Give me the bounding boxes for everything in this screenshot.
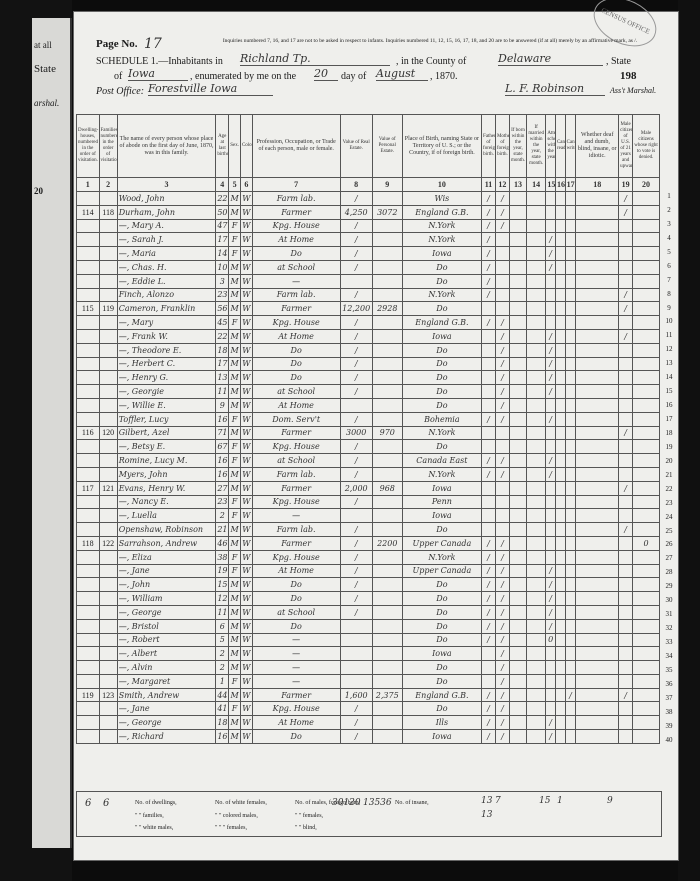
born-in-year	[509, 385, 526, 399]
age: 71	[216, 426, 229, 440]
family-number	[99, 523, 117, 537]
person-name: —, Albert	[117, 647, 216, 661]
family-number	[99, 716, 117, 730]
deaf-blind-insane	[576, 467, 619, 481]
male-citizen-21	[619, 578, 633, 592]
family-number	[99, 674, 117, 688]
table-row: —, Robert5MW—Do//0	[77, 633, 660, 647]
real-estate-value: 12,200	[340, 302, 372, 316]
attended-school	[546, 688, 556, 702]
col-header-20: Male citizens whose right to vote is den…	[633, 115, 660, 178]
color: W	[240, 205, 252, 219]
mother-foreign: /	[495, 730, 509, 744]
place-of-birth: N.York	[402, 233, 481, 247]
color: W	[240, 730, 252, 744]
mother-foreign: /	[495, 316, 509, 330]
occupation: at School	[252, 605, 340, 619]
personal-estate-value	[372, 592, 402, 606]
family-number	[99, 385, 117, 399]
born-in-year	[509, 702, 526, 716]
cannot-read	[555, 605, 565, 619]
mother-foreign: /	[495, 661, 509, 675]
person-name: Durham, John	[117, 205, 216, 219]
attended-school	[546, 661, 556, 675]
father-foreign: /	[482, 260, 496, 274]
line-number: 21	[662, 469, 676, 483]
personal-estate-value	[372, 605, 402, 619]
state-label: , State	[606, 56, 631, 67]
dwelling-number	[77, 385, 100, 399]
male-citizen-21	[619, 716, 633, 730]
cannot-write	[565, 730, 576, 744]
person-name: —, Henry G.	[117, 371, 216, 385]
page-no-label: Page No.	[96, 38, 138, 50]
mother-foreign	[495, 247, 509, 261]
deaf-blind-insane	[576, 688, 619, 702]
cannot-read	[555, 357, 565, 371]
married-in-year	[527, 398, 546, 412]
label-females: " " females,	[295, 813, 323, 819]
married-in-year	[527, 192, 546, 206]
cannot-read	[555, 523, 565, 537]
deaf-blind-insane	[576, 578, 619, 592]
table-row: —, Albert2MW—Iowa/	[77, 647, 660, 661]
table-row: —, Herbert C.17MWDo/Do//	[77, 357, 660, 371]
table-row: —, Chas. H.10MWat School/Do//	[77, 260, 660, 274]
age: 13	[216, 371, 229, 385]
person-name: —, Richard	[117, 730, 216, 744]
family-number	[99, 647, 117, 661]
born-in-year	[509, 495, 526, 509]
line-number: 40	[662, 734, 676, 748]
occupation: Farmer	[252, 536, 340, 550]
occupation: Do	[252, 371, 340, 385]
column-number-row: 1 2 3 4 5 6 7 8 9 10 11 12 13 14 15 16 1…	[77, 178, 660, 192]
dwelling-number: 116	[77, 426, 100, 440]
label-families: " " families,	[135, 813, 164, 819]
occupation: Farmer	[252, 205, 340, 219]
mother-foreign: /	[495, 343, 509, 357]
vote-denied	[633, 605, 660, 619]
place-of-birth: Do	[402, 440, 481, 454]
dwelling-number	[77, 523, 100, 537]
male-citizen-21: /	[619, 288, 633, 302]
mother-foreign	[495, 233, 509, 247]
person-name: —, Sarah J.	[117, 233, 216, 247]
occupation: Farmer	[252, 302, 340, 316]
person-name: —, Theodore E.	[117, 343, 216, 357]
cannot-write	[565, 661, 576, 675]
sex: F	[229, 674, 241, 688]
family-number	[99, 605, 117, 619]
line-number: 38	[662, 706, 676, 720]
personal-estate-value	[372, 564, 402, 578]
born-in-year	[509, 688, 526, 702]
male-citizen-21	[619, 357, 633, 371]
father-foreign	[482, 523, 496, 537]
cannot-read	[555, 316, 565, 330]
cannot-write: /	[565, 688, 576, 702]
male-citizen-21	[619, 371, 633, 385]
age: 9	[216, 398, 229, 412]
person-name: —, William	[117, 592, 216, 606]
father-foreign	[482, 302, 496, 316]
age: 12	[216, 592, 229, 606]
col-header-5: Sex.	[229, 115, 241, 178]
dwelling-number	[77, 440, 100, 454]
age: 23	[216, 495, 229, 509]
personal-estate-value	[372, 274, 402, 288]
deaf-blind-insane	[576, 343, 619, 357]
color: W	[240, 426, 252, 440]
born-in-year	[509, 605, 526, 619]
attended-school	[546, 509, 556, 523]
table-row: —, Georgie11MWat School/Do//	[77, 385, 660, 399]
married-in-year	[527, 536, 546, 550]
vote-denied	[633, 329, 660, 343]
color: W	[240, 454, 252, 468]
person-name: Smith, Andrew	[117, 688, 216, 702]
family-number	[99, 578, 117, 592]
personal-estate-value	[372, 440, 402, 454]
line-number: 27	[662, 552, 676, 566]
born-in-year	[509, 426, 526, 440]
place-of-birth: Iowa	[402, 730, 481, 744]
family-number: 118	[99, 205, 117, 219]
place-of-birth: England G.B.	[402, 316, 481, 330]
family-number	[99, 440, 117, 454]
deaf-blind-insane	[576, 371, 619, 385]
family-number	[99, 219, 117, 233]
male-citizen-21	[619, 412, 633, 426]
col-header-7: Profession, Occupation, or Trade of each…	[252, 115, 340, 178]
cannot-read	[555, 730, 565, 744]
mother-foreign	[495, 523, 509, 537]
father-foreign: /	[482, 578, 496, 592]
color: W	[240, 274, 252, 288]
place-of-birth: Upper Canada	[402, 564, 481, 578]
person-name: —, Betsy E.	[117, 440, 216, 454]
male-citizen-21	[619, 550, 633, 564]
stamped-page-number: 198	[620, 70, 637, 82]
sex: M	[229, 260, 241, 274]
cannot-read	[555, 578, 565, 592]
line-number: 3	[662, 218, 676, 232]
father-foreign: /	[482, 192, 496, 206]
real-estate-value: /	[340, 192, 372, 206]
vote-denied	[633, 192, 660, 206]
family-number	[99, 592, 117, 606]
sex: M	[229, 302, 241, 316]
person-name: —, Bristol	[117, 619, 216, 633]
family-number	[99, 247, 117, 261]
col11-total-2: 13	[481, 810, 492, 820]
place-of-birth: Do	[402, 578, 481, 592]
table-row: —, Richard16MWDo/Iowa///	[77, 730, 660, 744]
cannot-write	[565, 619, 576, 633]
real-estate-value: /	[340, 716, 372, 730]
personal-estate-value	[372, 398, 402, 412]
real-estate-value: /	[340, 605, 372, 619]
line-number: 1	[662, 190, 676, 204]
married-in-year	[527, 247, 546, 261]
table-row: 117121Evans, Henry W.27MWFarmer2,000968I…	[77, 481, 660, 495]
dwelling-number	[77, 247, 100, 261]
cannot-read	[555, 219, 565, 233]
person-name: —, John	[117, 578, 216, 592]
occupation: at School	[252, 260, 340, 274]
born-in-year	[509, 564, 526, 578]
personal-estate-value	[372, 247, 402, 261]
attended-school: /	[546, 329, 556, 343]
age: 16	[216, 467, 229, 481]
cannot-write	[565, 536, 576, 550]
dwelling-number	[77, 592, 100, 606]
male-citizen-21	[619, 454, 633, 468]
line-number: 12	[662, 343, 676, 357]
county-field: Delaware	[498, 52, 603, 66]
person-name: —, Margaret	[117, 674, 216, 688]
born-in-year	[509, 302, 526, 316]
dwelling-number	[77, 730, 100, 744]
line-number: 10	[662, 315, 676, 329]
married-in-year	[527, 509, 546, 523]
dwelling-number	[77, 260, 100, 274]
cannot-read	[555, 536, 565, 550]
cannot-write	[565, 343, 576, 357]
married-in-year	[527, 605, 546, 619]
deaf-blind-insane	[576, 647, 619, 661]
attended-school: /	[546, 605, 556, 619]
occupation: Farm lab.	[252, 192, 340, 206]
family-number	[99, 661, 117, 675]
age: 19	[216, 564, 229, 578]
born-in-year	[509, 205, 526, 219]
father-foreign	[482, 329, 496, 343]
cannot-write	[565, 495, 576, 509]
cannot-write	[565, 233, 576, 247]
mother-foreign: /	[495, 633, 509, 647]
deaf-blind-insane	[576, 288, 619, 302]
table-row: —, Theodore E.18MWDo/Do//	[77, 343, 660, 357]
cannot-write	[565, 274, 576, 288]
occupation: Kpg. House	[252, 316, 340, 330]
mother-foreign: /	[495, 398, 509, 412]
cannot-write	[565, 426, 576, 440]
sex: F	[229, 316, 241, 330]
cannot-read	[555, 205, 565, 219]
occupation: Kpg. House	[252, 219, 340, 233]
male-citizen-21	[619, 605, 633, 619]
real-estate-value: /	[340, 730, 372, 744]
line-number: 29	[662, 580, 676, 594]
place-of-birth: N.York	[402, 288, 481, 302]
male-citizen-21	[619, 385, 633, 399]
father-foreign	[482, 674, 496, 688]
person-name: —, Eliza	[117, 550, 216, 564]
label-colored-males: " " colored males,	[215, 813, 258, 819]
vote-denied	[633, 288, 660, 302]
personal-estate-value	[372, 716, 402, 730]
attended-school	[546, 426, 556, 440]
vote-denied	[633, 467, 660, 481]
color: W	[240, 440, 252, 454]
person-name: —, Jane	[117, 564, 216, 578]
real-estate-value: /	[340, 329, 372, 343]
table-row: 116120Gilbert, Azel71MWFarmer3000970N.Yo…	[77, 426, 660, 440]
mother-foreign	[495, 260, 509, 274]
family-number	[99, 316, 117, 330]
dwelling-number	[77, 495, 100, 509]
line-number: 9	[662, 302, 676, 316]
post-office-label: Post Office:	[96, 86, 144, 97]
real-estate-value: /	[340, 247, 372, 261]
person-name: —, Nancy E.	[117, 495, 216, 509]
dwelling-number	[77, 412, 100, 426]
table-row: —, Sarah J.17FWAt Home/N.York//	[77, 233, 660, 247]
enumerated-label: , enumerated by me on the	[190, 71, 296, 82]
deaf-blind-insane	[576, 440, 619, 454]
col-num: 13	[509, 178, 526, 192]
cannot-write	[565, 385, 576, 399]
personal-estate-value	[372, 467, 402, 481]
table-row: —, Margaret1FW—Do/	[77, 674, 660, 688]
line-numbers-right: 1234567891011121314151617181920212223242…	[662, 190, 676, 748]
color: W	[240, 633, 252, 647]
born-in-year	[509, 523, 526, 537]
vote-denied	[633, 578, 660, 592]
place-of-birth: Do	[402, 371, 481, 385]
real-estate-value: /	[340, 564, 372, 578]
vote-denied	[633, 385, 660, 399]
age: 44	[216, 688, 229, 702]
vote-denied	[633, 661, 660, 675]
vote-denied	[633, 592, 660, 606]
cannot-read	[555, 481, 565, 495]
attended-school	[546, 205, 556, 219]
person-name: Toffler, Lucy	[117, 412, 216, 426]
sex: F	[229, 440, 241, 454]
age: 17	[216, 357, 229, 371]
line-number: 23	[662, 497, 676, 511]
sex: M	[229, 605, 241, 619]
color: W	[240, 260, 252, 274]
sex: M	[229, 619, 241, 633]
born-in-year	[509, 536, 526, 550]
sex: F	[229, 550, 241, 564]
dwelling-number	[77, 702, 100, 716]
color: W	[240, 509, 252, 523]
line-number: 20	[662, 455, 676, 469]
person-name: —, Eddie L.	[117, 274, 216, 288]
deaf-blind-insane	[576, 302, 619, 316]
scan-margin-right	[678, 0, 700, 881]
col-num: 16	[555, 178, 565, 192]
married-in-year	[527, 716, 546, 730]
post-office-field: Forestville Iowa	[148, 82, 273, 96]
color: W	[240, 412, 252, 426]
attended-school: /	[546, 454, 556, 468]
attended-school	[546, 674, 556, 688]
father-foreign	[482, 509, 496, 523]
cannot-write	[565, 454, 576, 468]
occupation: —	[252, 274, 340, 288]
mother-foreign: /	[495, 412, 509, 426]
real-estate-value	[340, 661, 372, 675]
deaf-blind-insane	[576, 398, 619, 412]
person-name: Gilbert, Azel	[117, 426, 216, 440]
col-num: 17	[565, 178, 576, 192]
color: W	[240, 702, 252, 716]
male-citizen-21	[619, 633, 633, 647]
cannot-write	[565, 702, 576, 716]
cannot-write	[565, 412, 576, 426]
cannot-read	[555, 509, 565, 523]
color: W	[240, 578, 252, 592]
age: 50	[216, 205, 229, 219]
place-of-birth: Iowa	[402, 647, 481, 661]
table-row: 115119Cameron, Franklin56MWFarmer12,2002…	[77, 302, 660, 316]
person-name: Openshaw, Robinson	[117, 523, 216, 537]
table-row: —, Nancy E.23FWKpg. House/Penn	[77, 495, 660, 509]
real-estate-value: /	[340, 357, 372, 371]
col-header-19: Male citizens of U.S. of 21 years and up…	[619, 115, 633, 178]
real-estate-value: /	[340, 371, 372, 385]
personal-estate-value	[372, 633, 402, 647]
place-of-birth: Do	[402, 274, 481, 288]
deaf-blind-insane	[576, 274, 619, 288]
born-in-year	[509, 509, 526, 523]
col-num: 8	[340, 178, 372, 192]
cannot-read	[555, 564, 565, 578]
vote-denied	[633, 523, 660, 537]
attended-school	[546, 702, 556, 716]
cannot-read	[555, 233, 565, 247]
cannot-read	[555, 495, 565, 509]
born-in-year	[509, 329, 526, 343]
cannot-read	[555, 343, 565, 357]
real-estate-value	[340, 647, 372, 661]
father-foreign: /	[482, 633, 496, 647]
color: W	[240, 619, 252, 633]
age: 16	[216, 412, 229, 426]
cannot-read	[555, 247, 565, 261]
personal-estate-value	[372, 316, 402, 330]
cannot-write	[565, 633, 576, 647]
born-in-year	[509, 550, 526, 564]
col-header-8: Value of Real Estate.	[340, 115, 372, 178]
dwelling-number	[77, 357, 100, 371]
vote-denied	[633, 716, 660, 730]
person-name: —, Chas. H.	[117, 260, 216, 274]
col-header-6: Color.	[240, 115, 252, 178]
col-num: 10	[402, 178, 481, 192]
table-row: —, Jane41FWKpg. House/Do//	[77, 702, 660, 716]
real-estate-value: /	[340, 578, 372, 592]
color: W	[240, 605, 252, 619]
cannot-read	[555, 454, 565, 468]
vote-denied	[633, 233, 660, 247]
color: W	[240, 288, 252, 302]
deaf-blind-insane	[576, 536, 619, 550]
table-row: —, George11MWat School/Do///	[77, 605, 660, 619]
color: W	[240, 564, 252, 578]
deaf-blind-insane	[576, 702, 619, 716]
married-in-year	[527, 316, 546, 330]
vote-denied	[633, 564, 660, 578]
father-foreign	[482, 495, 496, 509]
township-field: Richland Tp.	[240, 52, 390, 66]
